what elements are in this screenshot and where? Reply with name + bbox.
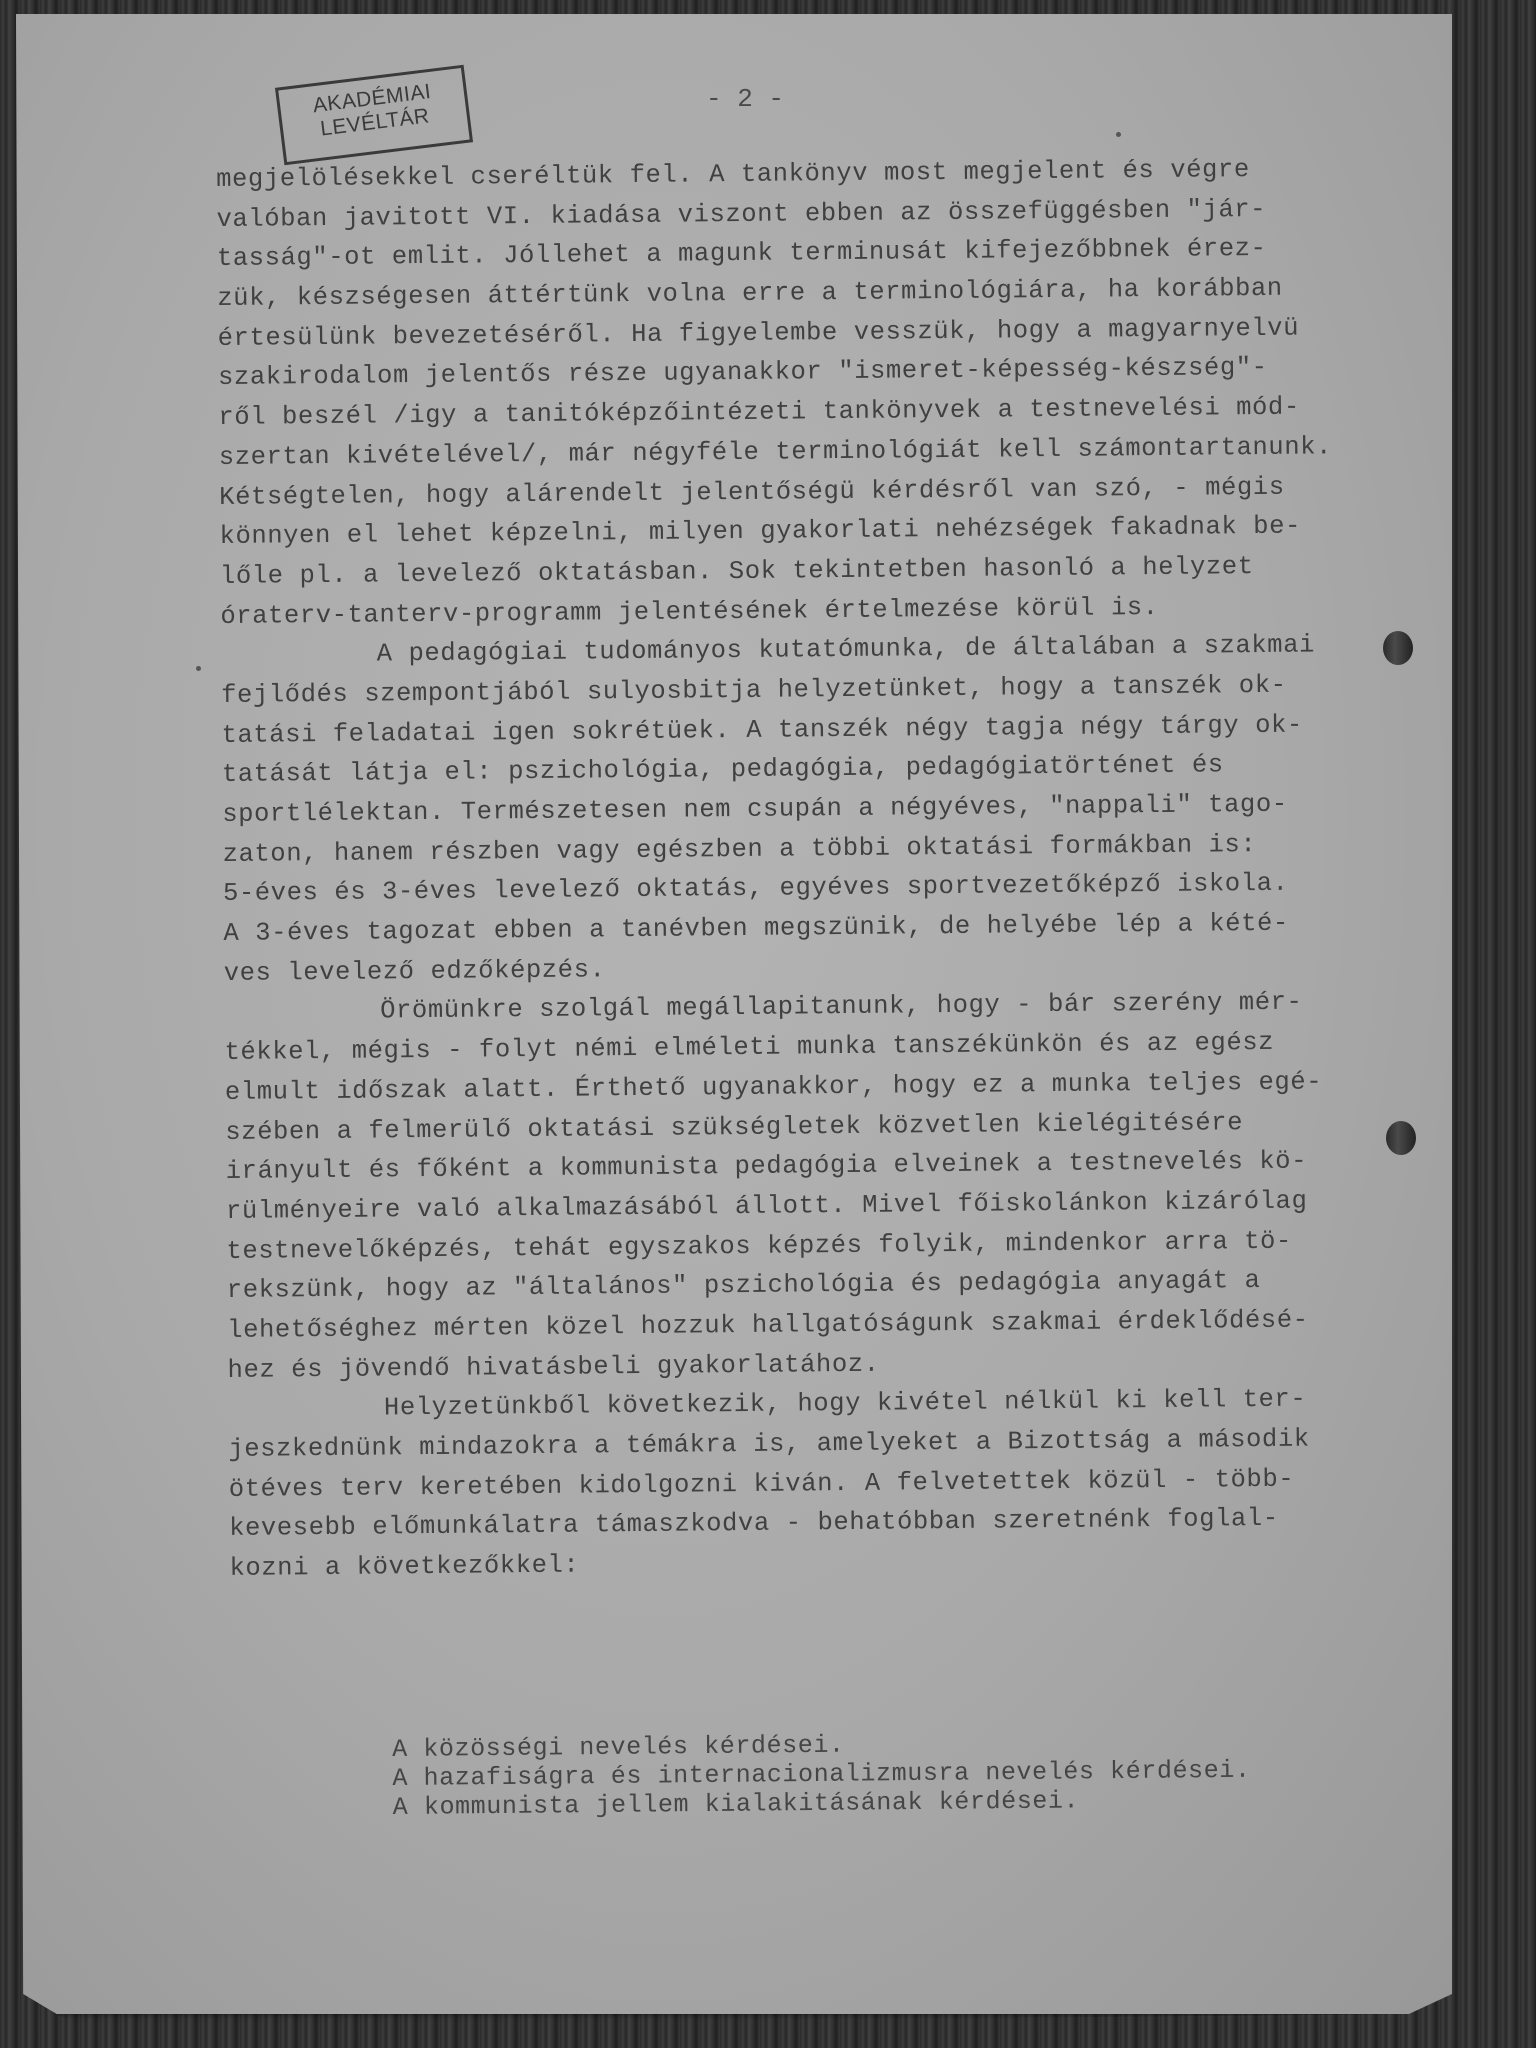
paragraph: Helyzetünkből következik, hogy kivétel n… <box>228 1379 1450 1589</box>
ink-speck <box>196 666 201 671</box>
paragraph: megjelölésekkel cseréltük fel. A tanköny… <box>216 148 1441 636</box>
document-body: megjelölésekkel cseréltük fel. A tanköny… <box>216 148 1450 1588</box>
topic-list: A közösségi nevelés kérdései.A hazafiság… <box>392 1727 1251 1822</box>
paragraph: A pedagógiai tudományos kutatómunka, de … <box>221 625 1444 994</box>
ink-speck <box>1116 132 1121 137</box>
page-number: - 2 - <box>706 84 784 114</box>
archive-stamp: AKADÉMIAI LEVÉLTÁR <box>275 65 473 166</box>
paragraph: Örömünkre szolgál megállapitanunk, hogy … <box>224 982 1448 1391</box>
